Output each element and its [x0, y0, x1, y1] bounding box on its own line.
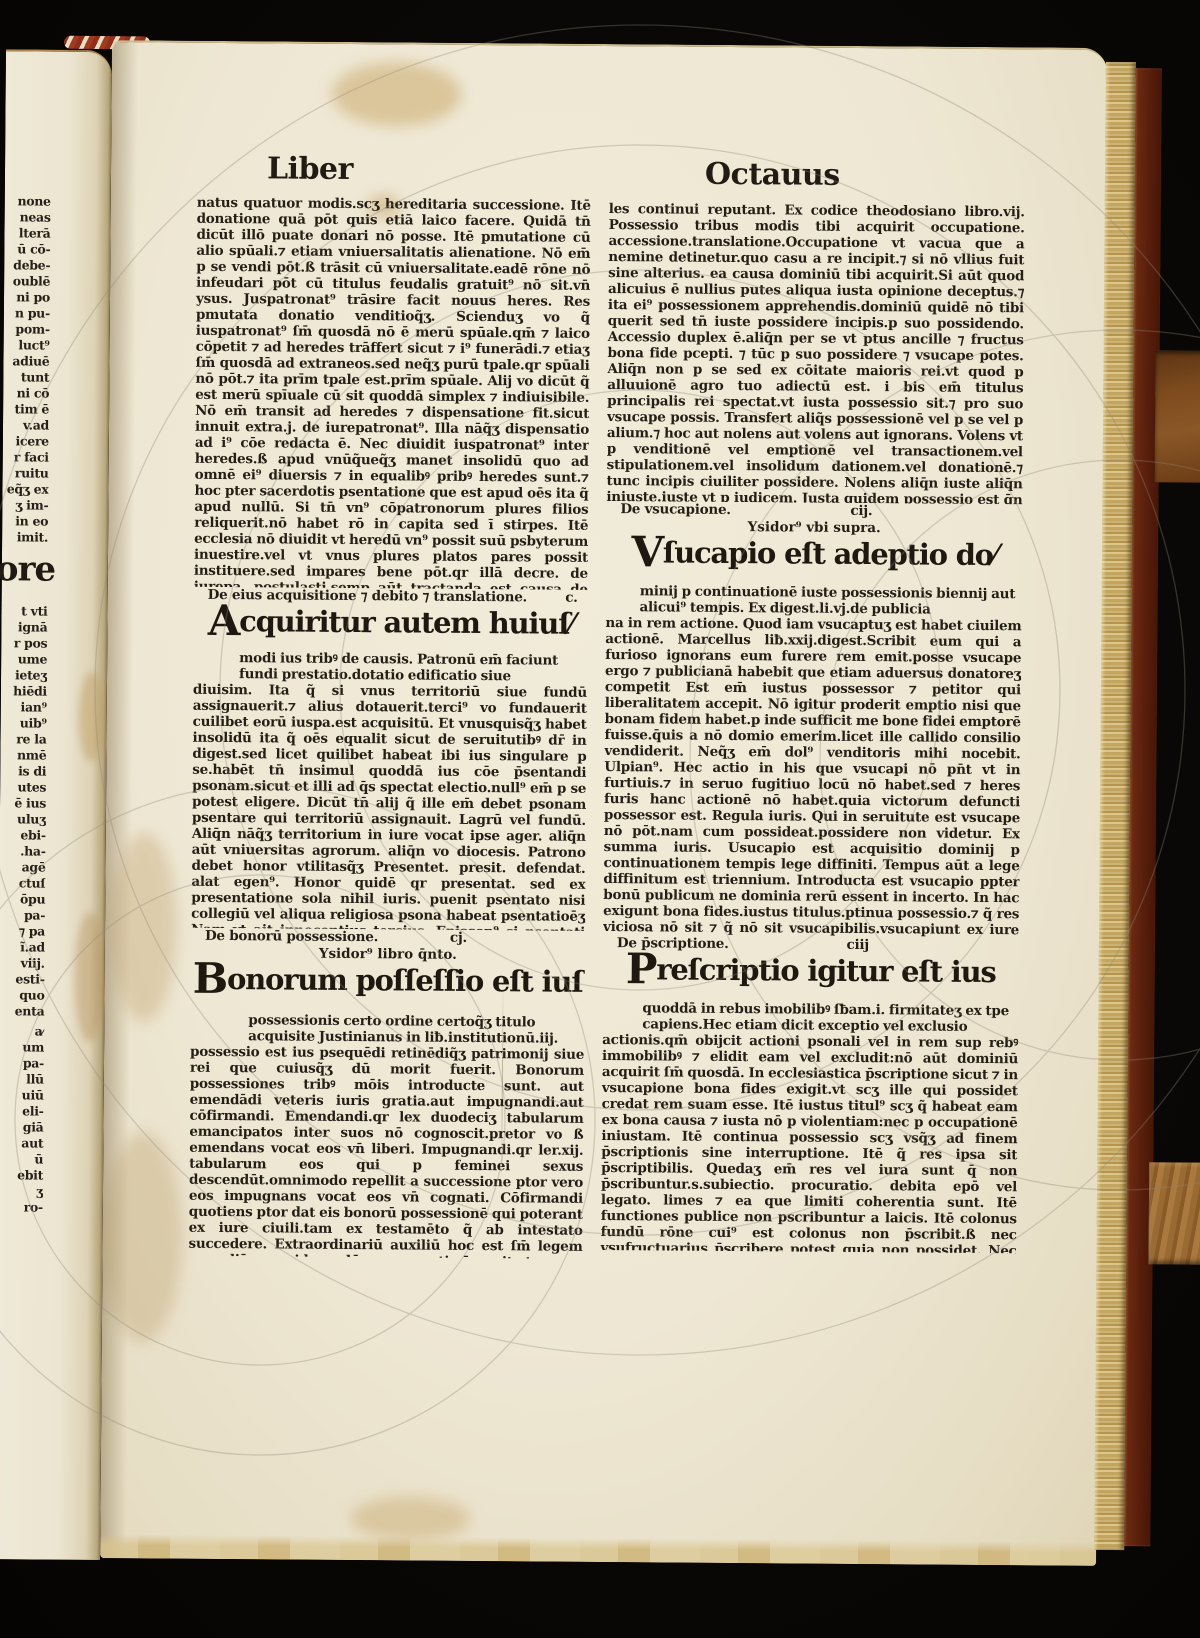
text-fragment-line: ian⁹ — [1, 699, 47, 715]
paragraph-indented: modi ius tribꝰ de causis. Patronū em̄ fa… — [193, 650, 587, 685]
text-fragment-line: ni cō — [3, 385, 49, 401]
facing-text-fragments-mid: t vtiignār posumeieteʒhiēdiian⁹uib⁹re la… — [0, 603, 48, 1019]
leather-clasp-strap-upper — [1155, 350, 1200, 482]
text-fragment-line: .ha- — [0, 843, 46, 859]
text-fragment-line: n pu- — [4, 305, 50, 321]
heading-initial: B — [193, 962, 228, 1003]
text-fragment-line: is di — [0, 763, 46, 779]
subhead-text: De vsucapione. — [606, 501, 731, 519]
subhead-text: De bonorū possessione. — [191, 928, 378, 946]
heading-text: cquiritur autem huiuſ⁄ — [239, 604, 573, 641]
text-fragment-line: t vti — [1, 603, 47, 619]
paragraph: diuisim. Ita q̃ si vnus territoriū siue … — [191, 682, 587, 931]
section-subhead: De bonorū possessione. cj. — [191, 928, 585, 948]
heading-text: onorum poſſeſſio eſt iuſ — [227, 962, 583, 999]
paragraph-indented: quoddā in rebus imobilibꝰ ſƀam.i. firmit… — [602, 1000, 1018, 1035]
text-fragment-line: r faci — [3, 449, 49, 465]
book-assembly: noneneaslterāū cō-debe-oublēni pon pu-po… — [0, 39, 1200, 1580]
text-fragment-line: viij. — [0, 955, 45, 971]
text-fragment-line: icere — [3, 433, 49, 449]
page-stain — [102, 1132, 184, 1343]
heading-initial: P — [626, 952, 657, 993]
book-page: Liber Octauus natus quatuor modis.scʒ he… — [100, 40, 1108, 1566]
heading-text: reſcriptio igitur eſt ius — [656, 952, 996, 989]
photograph-of-open-incunabulum: noneneaslterāū cō-debe-oublēni pon pu-po… — [0, 0, 1200, 1638]
text-fragment-line: adiuē — [3, 353, 49, 369]
subhead-text: De p̄scriptione. — [603, 935, 729, 953]
text-fragment-line: llū — [0, 1071, 44, 1087]
text-fragment-line: ʒ — [0, 1183, 43, 1199]
section-heading-vsucapio: Vſucapio eſt adeptio do⁄ — [606, 535, 1022, 586]
text-fragment-line: nmē — [0, 747, 46, 763]
text-fragment-line: hiēdi — [1, 683, 47, 699]
section-heading-bonorum: Bonorum poſſeſſio eſt iuſ — [190, 962, 584, 1015]
facing-large-fragment: ore — [0, 549, 52, 589]
text-fragment-line: none — [5, 193, 51, 209]
text-fragment-line: eq̃ʒ ex — [2, 481, 48, 497]
text-fragment-line: lterā — [4, 225, 50, 241]
text-fragment-line: re la — [0, 731, 46, 747]
text-fragment-line: tim ē — [3, 401, 49, 417]
page-stain — [350, 1496, 470, 1541]
heading-initial: V — [631, 535, 663, 576]
text-fragment-line: ĩ.ad — [0, 939, 45, 955]
heading-text: ſucapio eſt adeptio do⁄ — [663, 535, 997, 572]
text-fragment-line: neas — [5, 209, 51, 225]
section-subhead: De vsucapione. cij. — [606, 501, 1022, 521]
text-fragment-line: uluʒ — [0, 811, 46, 827]
text-fragment-line: uib⁹ — [1, 715, 47, 731]
facing-page-edge: noneneaslterāū cō-debe-oublēni pon pu-po… — [0, 49, 112, 1560]
text-column-left: natus quatuor modis.scʒ hereditaria succ… — [188, 195, 591, 1302]
text-fragment-line: ro- — [0, 1199, 43, 1215]
gutter-stain — [74, 912, 105, 1042]
page-stain — [331, 62, 461, 127]
text-fragment-line: ruitu — [3, 465, 49, 481]
text-fragment-line: agē — [0, 859, 46, 875]
text-fragment-line: ebit — [0, 1167, 43, 1183]
text-fragment-line: v.ad — [3, 417, 49, 433]
text-fragment-line: ū cō- — [4, 241, 50, 257]
text-fragment-line: ume — [1, 651, 47, 667]
text-fragment-line: uiū — [0, 1087, 44, 1103]
text-fragment-line: enta — [0, 1003, 44, 1019]
text-fragment-line: ʒ im- — [2, 497, 48, 513]
text-fragment-line: ctuſ — [0, 875, 45, 891]
text-fragment-line: tunt — [3, 369, 49, 385]
text-fragment-line: debe- — [4, 257, 50, 273]
section-heading-acquiritur: Acquiritur autem huiuſ⁄ — [193, 604, 587, 653]
heading-initial: A — [208, 604, 240, 645]
chapter-number: c. — [565, 590, 578, 607]
text-fragment-line: quo — [0, 987, 45, 1003]
paragraph: possessio est ius psequēdi retinēdiq̃ʒ p… — [188, 1044, 584, 1259]
leather-clasp-strap-lower — [1148, 1162, 1200, 1264]
text-fragment-line: ignā — [1, 619, 47, 635]
text-fragment-line: ōpu — [0, 891, 45, 907]
text-fragment-line: ⁊ pa — [0, 923, 45, 939]
facing-text-fragments-bottom: a⁄umpa-llūuiūeli-giāautūebitʒro- — [0, 1023, 44, 1215]
text-fragment-line: esti- — [0, 971, 45, 987]
text-fragment-line: pa- — [0, 1055, 44, 1071]
text-fragment-line: a⁄ — [0, 1023, 44, 1039]
gutter-stain — [78, 672, 105, 762]
text-fragment-line: giā — [0, 1119, 44, 1135]
text-fragment-line: ebi- — [0, 827, 46, 843]
paragraph-indented: minij p continuationē iuste possessionis… — [606, 583, 1022, 618]
facing-text-fragments-top: noneneaslterāū cō-debe-oublēni pon pu-po… — [2, 193, 51, 545]
page-stain — [110, 832, 177, 1023]
paragraph-indented: possessionis certo ordine certoq̃ʒ titul… — [190, 1012, 584, 1047]
paragraph: les continui reputant. Ex codice theodos… — [606, 201, 1024, 504]
text-fragment-line: ē ius — [0, 795, 46, 811]
running-head-octauus: Octauus — [705, 157, 840, 193]
chapter-number: cj. — [450, 930, 467, 947]
paragraph: actionis.qm̄ obijcit actioni psonali vel… — [601, 1032, 1019, 1253]
chapter-number: cij. — [850, 503, 872, 520]
section-heading-prescriptio: Preſcriptio igitur eſt ius — [603, 952, 1019, 1003]
text-fragment-line: imit. — [2, 529, 48, 545]
paragraph: natus quatuor modis.scʒ hereditaria succ… — [194, 195, 591, 590]
chapter-number: ciij — [847, 937, 870, 954]
text-fragment-line: ni po — [4, 289, 50, 305]
text-fragment-line: pom- — [4, 321, 50, 337]
running-head-liber: Liber — [267, 151, 353, 187]
text-fragment-line: um — [0, 1039, 44, 1055]
text-fragment-line: r pos — [1, 635, 47, 651]
text-fragment-line: utes — [0, 779, 46, 795]
text-column-right: les continui reputant. Ex codice theodos… — [600, 201, 1025, 1308]
text-fragment-line: ū — [0, 1151, 43, 1167]
text-fragment-line: eli- — [0, 1103, 44, 1119]
text-fragment-line: oublē — [4, 273, 50, 289]
text-fragment-line: aut — [0, 1135, 43, 1151]
text-fragment-line: pa- — [0, 907, 45, 923]
text-fragment-line: luct⁹ — [4, 337, 50, 353]
paragraph: na in rem actione. Quod iam vsucaptuʒ es… — [603, 615, 1022, 938]
text-fragment-line: ieteʒ — [1, 667, 47, 683]
text-fragment-line: in eo — [2, 513, 48, 529]
